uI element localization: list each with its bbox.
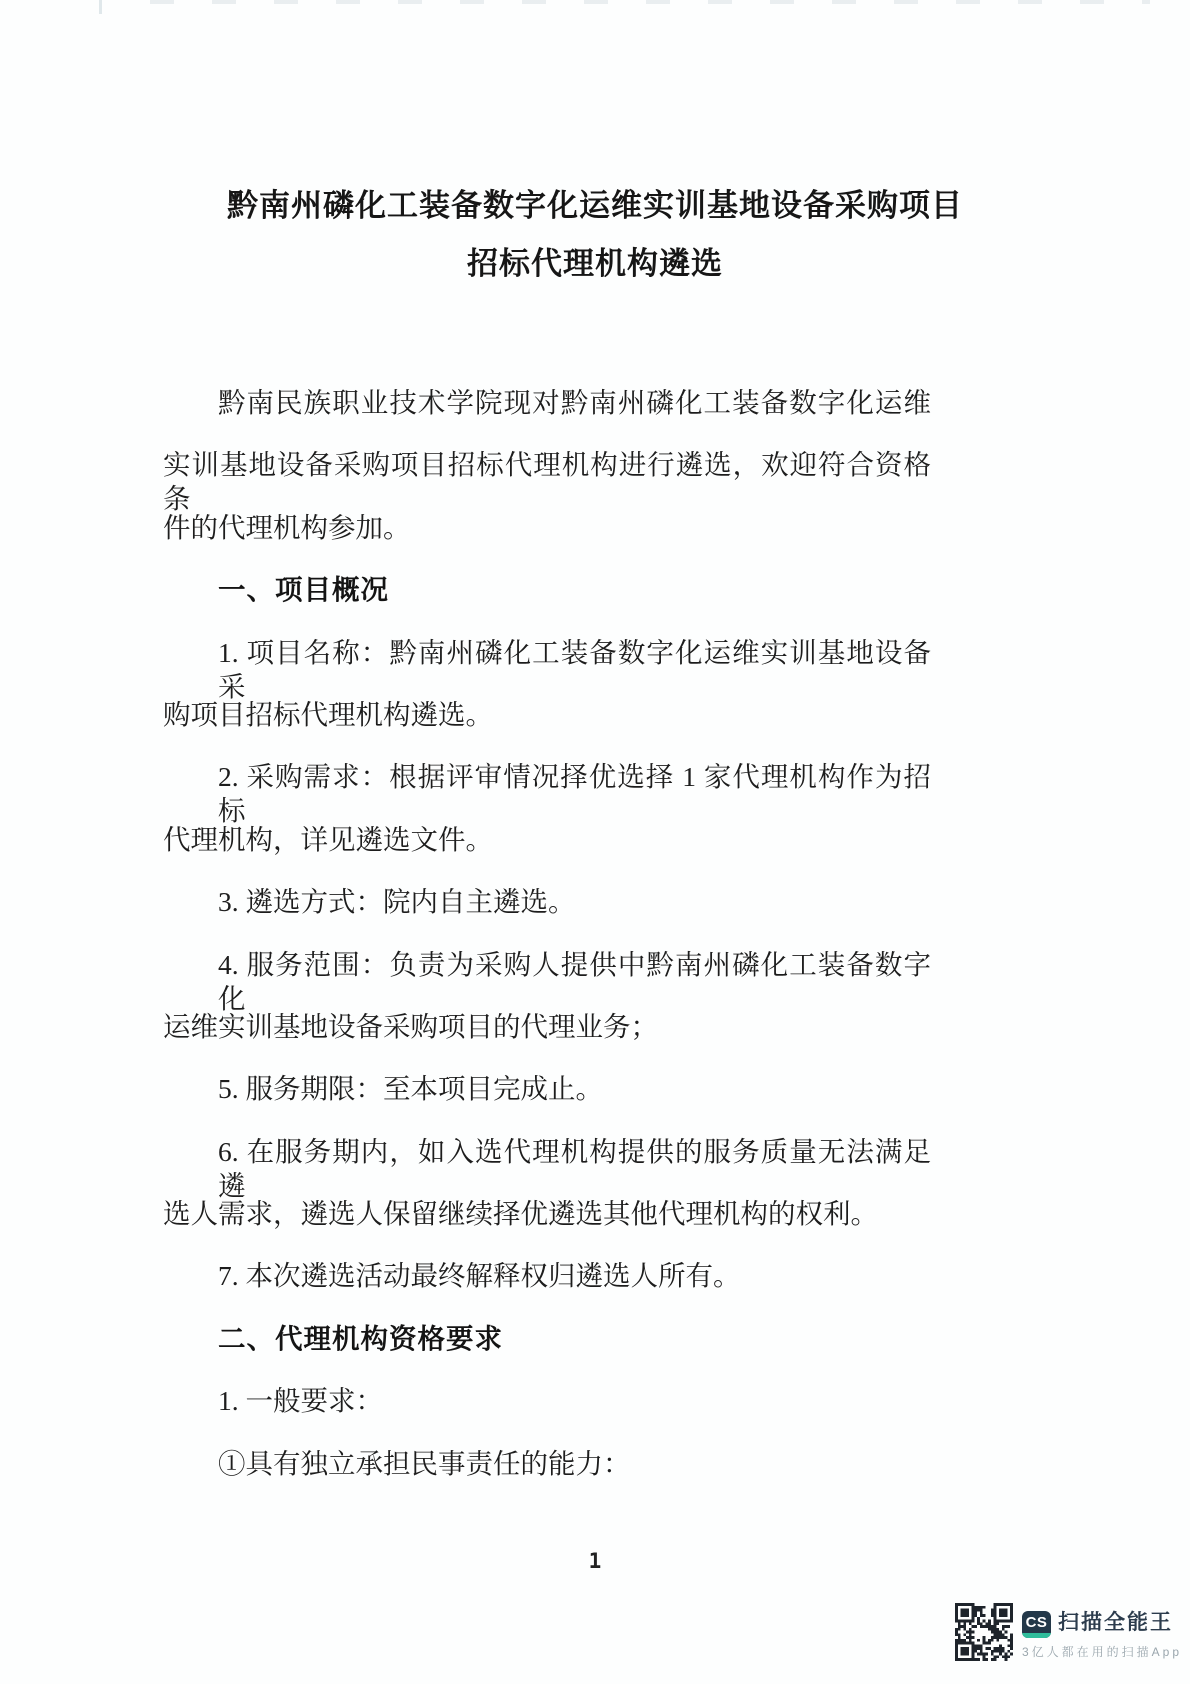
camscanner-app-name: 扫描全能王 (1058, 1610, 1173, 1636)
document-line: 7. 本次遴选活动最终解释权归遴选人所有。 (163, 1259, 931, 1321)
camscanner-logo-icon: CS (1022, 1611, 1051, 1638)
document-line: ①具有独立承担民事责任的能力： (163, 1447, 931, 1509)
document-title: 黔南州磷化工装备数字化运维实训基地设备采购项目 招标代理机构遴选 (0, 186, 1190, 302)
document-line: 2. 采购需求：根据评审情况择优选择 1 家代理机构作为招标 (163, 760, 931, 822)
scan-artifact (150, 0, 1150, 4)
section-heading: 一、项目概况 (163, 573, 931, 635)
document-line: 3. 遴选方式：院内自主遴选。 (163, 885, 931, 947)
scan-artifact (99, 0, 102, 14)
document-line: 购项目招标代理机构遴选。 (163, 698, 931, 760)
page-number: 1 (0, 1549, 1190, 1573)
document-line: 选人需求，遴选人保留继续择优遴选其他代理机构的权利。 (163, 1197, 931, 1259)
document-title-line-2: 招标代理机构遴选 (0, 244, 1190, 302)
document-line: 运维实训基地设备采购项目的代理业务； (163, 1010, 931, 1072)
document-line: 5. 服务期限：至本项目完成止。 (163, 1072, 931, 1134)
document-line: 1. 项目名称：黔南州磷化工装备数字化运维实训基地设备采 (163, 636, 931, 698)
document-line: 黔南民族职业技术学院现对黔南州磷化工装备数字化运维 (163, 386, 931, 448)
section-heading: 二、代理机构资格要求 (163, 1322, 931, 1384)
document-line: 代理机构，详见遴选文件。 (163, 823, 931, 885)
document-title-line-1: 黔南州磷化工装备数字化运维实训基地设备采购项目 (0, 186, 1190, 244)
document-line: 6. 在服务期内，如入选代理机构提供的服务质量无法满足遴 (163, 1135, 931, 1197)
document-body: 黔南民族职业技术学院现对黔南州磷化工装备数字化运维 实训基地设备采购项目招标代理… (163, 386, 931, 1509)
scanned-document-page: 黔南州磷化工装备数字化运维实训基地设备采购项目 招标代理机构遴选 黔南民族职业技… (0, 0, 1190, 1684)
camscanner-logo-accent (1022, 1633, 1051, 1638)
document-line: 件的代理机构参加。 (163, 511, 931, 573)
document-line: 实训基地设备采购项目招标代理机构进行遴选，欢迎符合资格条 (163, 448, 931, 510)
camscanner-tagline: 3亿人都在用的扫描App (1022, 1644, 1182, 1660)
document-line: 1. 一般要求： (163, 1384, 931, 1446)
camscanner-qr-code-icon (955, 1603, 1013, 1661)
camscanner-logo-label: CS (1022, 1612, 1051, 1633)
document-line: 4. 服务范围：负责为采购人提供中黔南州磷化工装备数字化 (163, 948, 931, 1010)
